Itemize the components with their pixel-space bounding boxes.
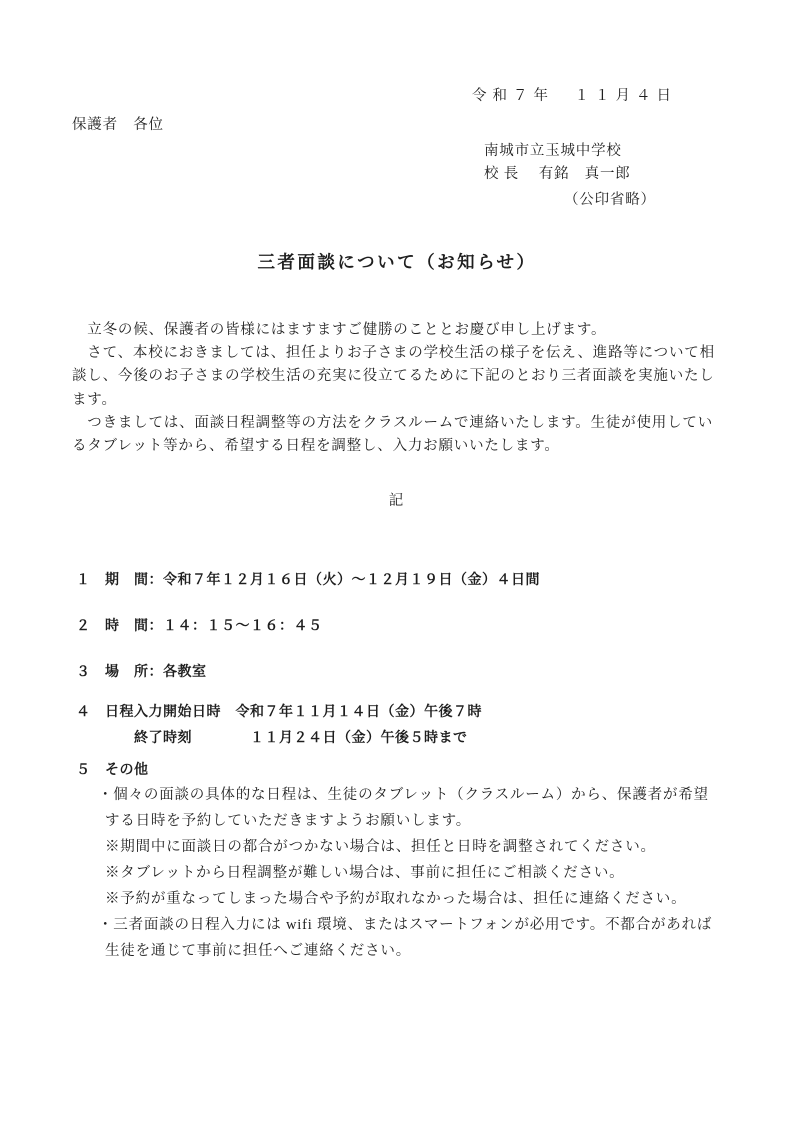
detail-list: １ 期 間：令和７年１２月１６日（火）～１２月１９日（金）４日間 ２ 時 間：１… <box>72 566 722 782</box>
instruction-paragraph: つきましては、面談日程調整等の方法をクラスルームで連絡いたします。生徒が使用して… <box>72 412 722 458</box>
detail-item-period: １ 期 間：令和７年１２月１６日（火）～１２月１９日（金）４日間 <box>72 566 722 592</box>
recipient-line: 保護者 各位 <box>72 115 722 135</box>
note-ref-tablet-difficulty: ※タブレットから日程調整が難しい場合は、事前に担任にご相談ください。 <box>72 860 722 886</box>
note-ref-no-availability: ※期間中に面談日の都合がつかない場合は、担任と日時を調整されてください。 <box>72 834 722 860</box>
detail-item-other: ５ その他 <box>72 756 722 782</box>
note-bullet-reservation: ・個々の面談の具体的な日程は、生徒のタブレット（クラスルーム）から、保護者が希望… <box>72 782 722 834</box>
note-bullet-wifi: ・三者面談の日程入力には wifi 環境、またはスマートフォンが必用です。不都合… <box>72 912 722 964</box>
document-page: 令和７年 １１月４日 保護者 各位 南城市立玉城中学校 校 長 有銘 真一郎 （… <box>0 0 794 1123</box>
document-title: 三者面談について（お知らせ） <box>72 251 722 273</box>
detail-item-place: ３ 場 所：各教室 <box>72 658 722 684</box>
detail-item-time: ２ 時 間：１４：１５～１６：４５ <box>72 612 722 638</box>
document-date: 令和７年 １１月４日 <box>472 0 722 106</box>
greeting-paragraph: 立冬の候、保護者の皆様にはますますご健勝のこととお慶び申し上げます。 さて、本校… <box>72 319 722 412</box>
sender-block: 南城市立玉城中学校 校 長 有銘 真一郎 （公印省略） <box>484 140 722 212</box>
note-ref-double-booking: ※予約が重なってしまった場合や予約が取れなかった場合は、担任に連絡ください。 <box>72 886 722 912</box>
other-notes-list: ・個々の面談の具体的な日程は、生徒のタブレット（クラスルーム）から、保護者が希望… <box>72 782 722 964</box>
school-name: 南城市立玉城中学校 <box>484 140 722 163</box>
principal-name: 校 長 有銘 真一郎 <box>484 163 722 186</box>
record-marker: 記 <box>72 490 722 513</box>
detail-item-schedule-input: ４ 日程入力開始日時 令和７年１１月１４日（金）午後７時 終了時刻 １１月２４日… <box>72 698 722 750</box>
seal-omitted-note: （公印省略） <box>484 189 722 212</box>
